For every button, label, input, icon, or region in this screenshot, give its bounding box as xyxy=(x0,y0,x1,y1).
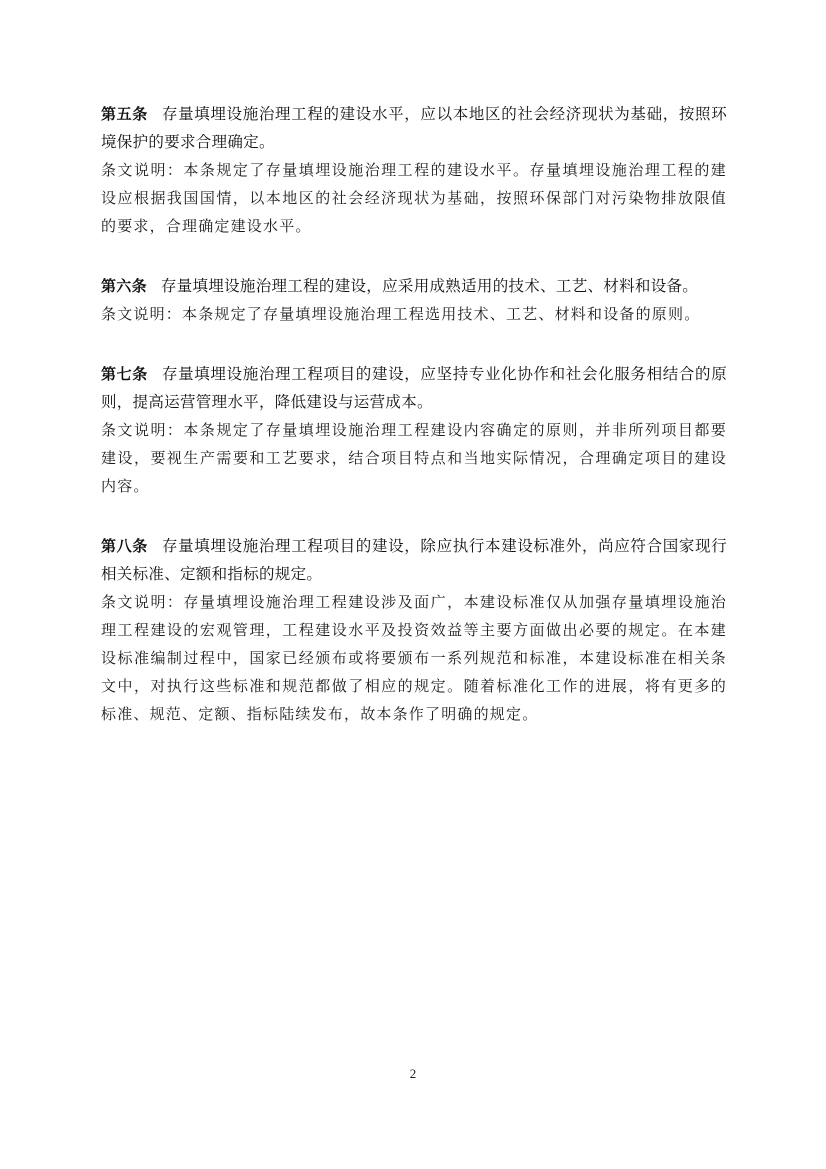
document-page: 第五条存量填埋设施治理工程的建设水平，应以本地区的社会经济现状为基础，按照环境保… xyxy=(101,100,727,728)
article-7-body: 第七条存量填埋设施治理工程项目的建设，应坚持专业化协作和社会化服务相结合的原则，… xyxy=(101,360,727,416)
article-8-note: 条文说明：存量填埋设施治理工程建设涉及面广，本建设标准仅从加强存量填埋设施治理工… xyxy=(101,588,727,728)
article-7-note: 条文说明：本条规定了存量填埋设施治理工程建设内容确定的原则，并非所列项目都要建设… xyxy=(101,416,727,500)
article-8: 第八条存量填埋设施治理工程项目的建设，除应执行本建设标准外，尚应符合国家现行相关… xyxy=(101,532,727,728)
article-7-text: 存量填埋设施治理工程项目的建设，应坚持专业化协作和社会化服务相结合的原则，提高运… xyxy=(101,365,727,411)
article-7: 第七条存量填埋设施治理工程项目的建设，应坚持专业化协作和社会化服务相结合的原则，… xyxy=(101,360,727,500)
article-8-title: 第八条 xyxy=(101,537,148,555)
article-6-text: 存量填埋设施治理工程的建设，应采用成熟适用的技术、工艺、材料和设备。 xyxy=(161,277,698,295)
spacer xyxy=(101,328,727,360)
article-5-text: 存量填埋设施治理工程的建设水平，应以本地区的社会经济现状为基础，按照环境保护的要… xyxy=(101,105,727,151)
article-6-title: 第六条 xyxy=(101,277,147,295)
article-5-title: 第五条 xyxy=(101,105,148,123)
article-6-body: 第六条存量填埋设施治理工程的建设，应采用成熟适用的技术、工艺、材料和设备。 xyxy=(101,272,727,300)
article-6: 第六条存量填埋设施治理工程的建设，应采用成熟适用的技术、工艺、材料和设备。 条文… xyxy=(101,272,727,328)
article-5: 第五条存量填埋设施治理工程的建设水平，应以本地区的社会经济现状为基础，按照环境保… xyxy=(101,100,727,240)
spacer xyxy=(101,500,727,532)
article-5-note: 条文说明：本条规定了存量填埋设施治理工程的建设水平。存量填埋设施治理工程的建设应… xyxy=(101,156,727,240)
article-6-note: 条文说明：本条规定了存量填埋设施治理工程选用技术、工艺、材料和设备的原则。 xyxy=(101,300,727,328)
article-5-body: 第五条存量填埋设施治理工程的建设水平，应以本地区的社会经济现状为基础，按照环境保… xyxy=(101,100,727,156)
spacer xyxy=(101,240,727,272)
article-7-title: 第七条 xyxy=(101,365,148,383)
page-number: 2 xyxy=(0,1066,826,1082)
article-8-text: 存量填埋设施治理工程项目的建设，除应执行本建设标准外，尚应符合国家现行相关标准、… xyxy=(101,537,727,583)
article-8-body: 第八条存量填埋设施治理工程项目的建设，除应执行本建设标准外，尚应符合国家现行相关… xyxy=(101,532,727,588)
